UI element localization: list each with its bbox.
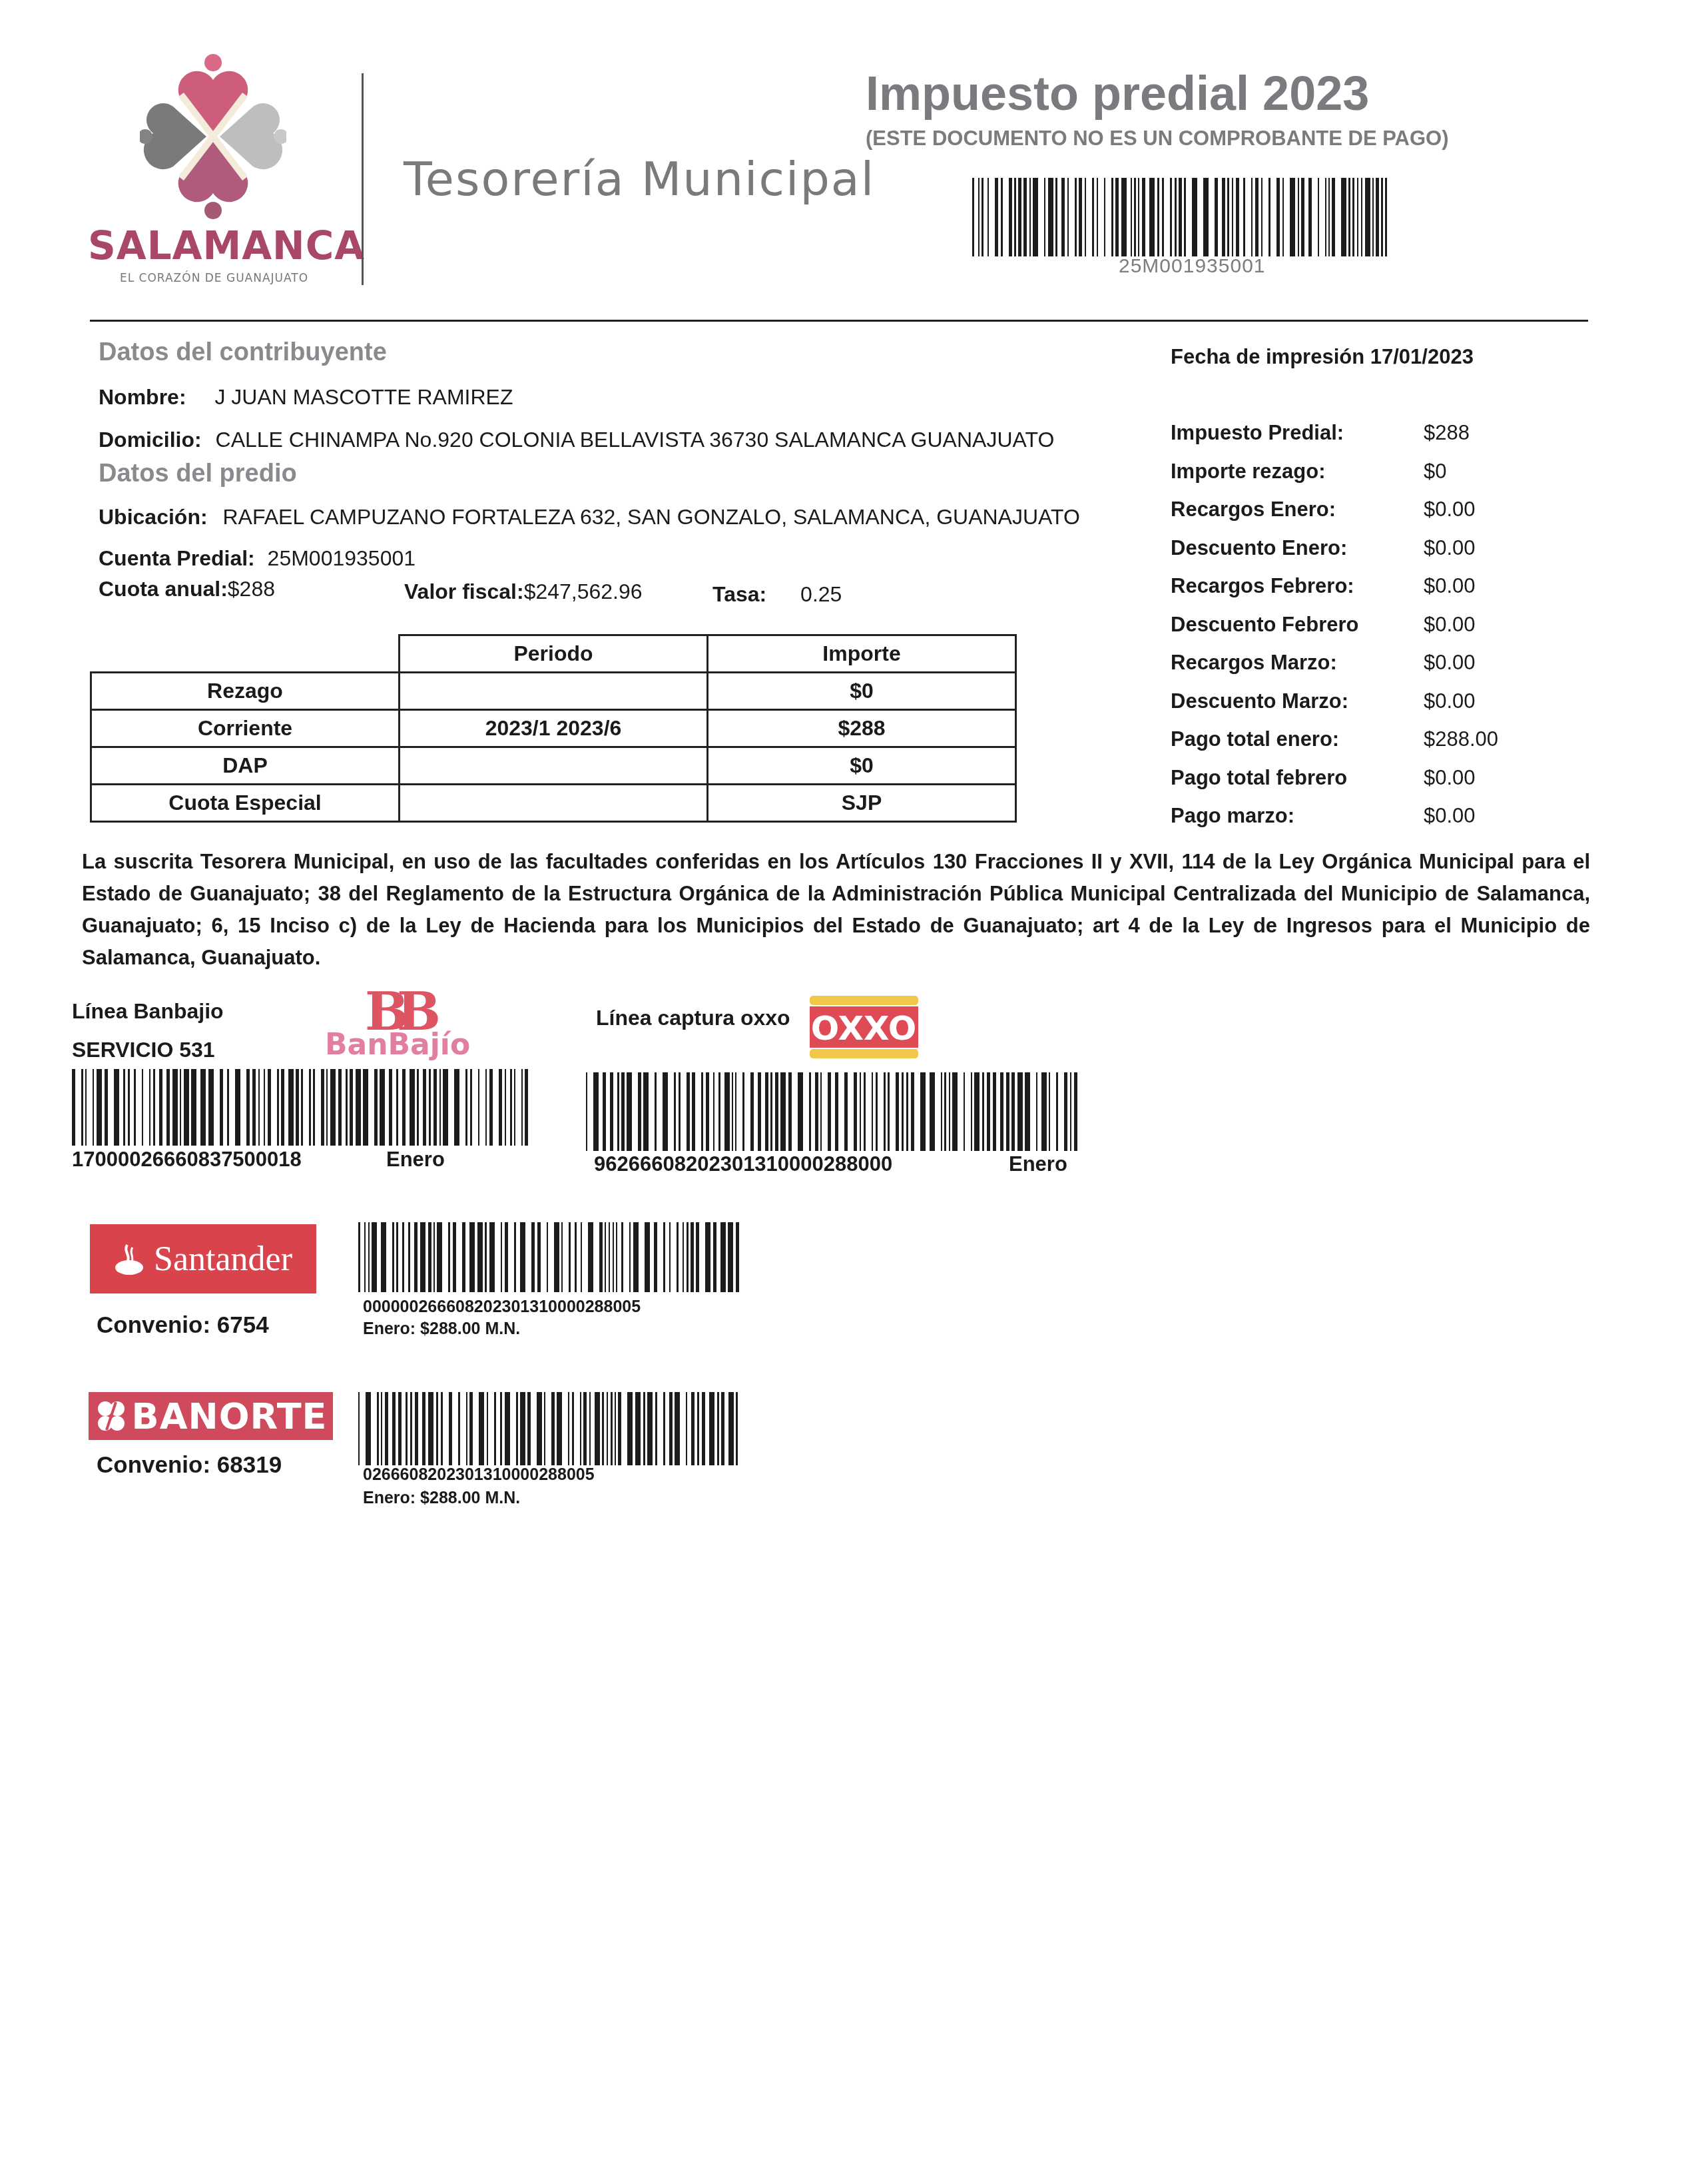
account-barcode-number: 25M001935001: [1119, 255, 1266, 278]
summary-label: Impuesto Predial:: [1171, 421, 1424, 460]
importe-cell: $0: [708, 673, 1016, 710]
importe-cell: $0: [708, 747, 1016, 785]
summary-value: $288: [1424, 421, 1470, 460]
payment-summary: Impuesto Predial:$288 Importe rezago:$0 …: [1171, 421, 1498, 843]
santander-logo-text: Santander: [154, 1240, 292, 1279]
summary-label: Descuento Marzo:: [1171, 689, 1424, 728]
salamanca-heart-logo-icon: [140, 53, 286, 220]
domicilio-value: CALLE CHINAMPA No.920 COLONIA BELLAVISTA…: [216, 428, 1055, 452]
table-header-cell: [91, 635, 400, 673]
ubicacion-label: Ubicación:: [99, 505, 208, 529]
ubicacion-value: RAFAEL CAMPUZANO FORTALEZA 632, SAN GONZ…: [222, 505, 1079, 529]
summary-label: Importe rezago:: [1171, 460, 1424, 498]
banorte-convenio: Convenio: 68319: [97, 1452, 282, 1479]
summary-row: Descuento Enero:$0.00: [1171, 536, 1498, 575]
print-date-label: Fecha de impresión: [1171, 345, 1364, 368]
banbajio-reference: 17000026660837500018: [72, 1148, 302, 1172]
banorte-logo-text: BANORTE: [132, 1395, 328, 1437]
valor-label: Valor fiscal:: [404, 579, 524, 603]
table-header-cell: Importe: [708, 635, 1016, 673]
oxxo-barcode: [586, 1072, 1079, 1151]
summary-row: Descuento Febrero$0.00: [1171, 613, 1498, 651]
concepto-cell: Rezago: [91, 673, 400, 710]
header-rule: [90, 320, 1588, 322]
legal-text: La suscrita Tesorera Municipal, en uso d…: [82, 846, 1590, 974]
tasa-value: 0.25: [800, 582, 842, 606]
santander-convenio: Convenio: 6754: [97, 1312, 269, 1339]
table-header-cell: Periodo: [400, 635, 708, 673]
domicilio-label: Domicilio:: [99, 428, 202, 452]
nombre-label: Nombre:: [99, 385, 186, 409]
santander-reference: 000000266608202301310000288005: [363, 1297, 641, 1317]
summary-value: $0.00: [1424, 498, 1476, 536]
nombre-row: Nombre: J JUAN MASCOTTE RAMIREZ: [99, 385, 513, 410]
concepto-cell: DAP: [91, 747, 400, 785]
summary-value: $0.00: [1424, 651, 1476, 689]
banbajio-servicio: SERVICIO 531: [72, 1038, 215, 1062]
summary-label: Recargos Febrero:: [1171, 574, 1424, 613]
summary-value: $0.00: [1424, 766, 1476, 805]
summary-value: $0: [1424, 460, 1446, 498]
summary-row: Pago total febrero$0.00: [1171, 766, 1498, 805]
banorte-amount: Enero: $288.00 M.N.: [363, 1489, 520, 1508]
oxxo-logo-text: OXXO: [811, 1009, 917, 1048]
summary-row: Impuesto Predial:$288: [1171, 421, 1498, 460]
summary-row: Recargos Febrero:$0.00: [1171, 574, 1498, 613]
banbajio-logo-text: BanBajío: [325, 1028, 470, 1062]
summary-row: Recargos Enero:$0.00: [1171, 498, 1498, 536]
section-predio-title: Datos del predio: [99, 460, 297, 488]
domicilio-row: Domicilio: CALLE CHINAMPA No.920 COLONIA…: [99, 428, 1054, 452]
table-header-row: Periodo Importe: [91, 635, 1016, 673]
periodo-cell: [400, 673, 708, 710]
oxxo-logo-icon: OXXO: [806, 996, 922, 1059]
summary-label: Pago marzo:: [1171, 804, 1424, 843]
department-name: Tesorería Municipal: [404, 152, 875, 206]
santander-amount: Enero: $288.00 M.N.: [363, 1319, 520, 1339]
conceptos-table: Periodo Importe Rezago $0 Corriente 2023…: [90, 634, 1017, 823]
banbajio-month: Enero: [386, 1148, 445, 1172]
cuota-row: Cuota anual:$288: [99, 577, 275, 601]
banbajio-barcode: [72, 1069, 531, 1146]
summary-value: $0.00: [1424, 689, 1476, 728]
cuota-label: Cuota anual:: [99, 577, 228, 601]
banorte-mark-icon: [95, 1399, 128, 1433]
summary-value: $0.00: [1424, 613, 1476, 651]
municipality-tagline: EL CORAZÓN DE GUANAJUATO: [120, 272, 308, 285]
summary-row: Descuento Marzo:$0.00: [1171, 689, 1498, 728]
oxxo-month: Enero: [1009, 1152, 1067, 1176]
summary-label: Descuento Enero:: [1171, 536, 1424, 575]
summary-row: Recargos Marzo:$0.00: [1171, 651, 1498, 689]
santander-barcode: [358, 1222, 741, 1292]
santander-logo: Santander: [90, 1224, 316, 1293]
table-row: Cuota Especial SJP: [91, 785, 1016, 822]
section-contribuyente-title: Datos del contribuyente: [99, 338, 387, 367]
summary-row: Importe rezago:$0: [1171, 460, 1498, 498]
table-row: Rezago $0: [91, 673, 1016, 710]
santander-flame-icon: [114, 1242, 144, 1275]
summary-value: $0.00: [1424, 536, 1476, 575]
periodo-cell: [400, 747, 708, 785]
header-divider: [362, 73, 364, 285]
banorte-reference: 0266608202301310000288005: [363, 1465, 595, 1485]
periodo-cell: [400, 785, 708, 822]
oxxo-reference: 96266608202301310000288000: [594, 1152, 892, 1176]
summary-label: Recargos Enero:: [1171, 498, 1424, 536]
summary-label: Recargos Marzo:: [1171, 651, 1424, 689]
summary-label: Descuento Febrero: [1171, 613, 1424, 651]
concepto-cell: Cuota Especial: [91, 785, 400, 822]
concepto-cell: Corriente: [91, 710, 400, 747]
nombre-value: J JUAN MASCOTTE RAMIREZ: [214, 385, 513, 409]
table-row: Corriente 2023/1 2023/6 $288: [91, 710, 1016, 747]
summary-label: Pago total enero:: [1171, 727, 1424, 766]
tasa-label: Tasa:: [712, 582, 766, 606]
document-subtitle: (ESTE DOCUMENTO NO ES UN COMPROBANTE DE …: [866, 127, 1449, 151]
cuenta-label: Cuenta Predial:: [99, 546, 255, 570]
municipality-name: SALAMANCA: [88, 223, 365, 268]
cuenta-value: 25M001935001: [268, 546, 416, 570]
summary-value: $288.00: [1424, 727, 1498, 766]
print-date: Fecha de impresión 17/01/2023: [1171, 345, 1474, 369]
account-barcode: [972, 178, 1392, 256]
summary-value: $0.00: [1424, 574, 1476, 613]
valor-value: $247,562.96: [524, 579, 643, 603]
summary-row: Pago marzo:$0.00: [1171, 804, 1498, 843]
tasa-row: Tasa: 0.25: [712, 582, 842, 607]
summary-row: Pago total enero:$288.00: [1171, 727, 1498, 766]
banorte-barcode: [358, 1392, 741, 1465]
importe-cell: $288: [708, 710, 1016, 747]
summary-value: $0.00: [1424, 804, 1476, 843]
print-date-value: 17/01/2023: [1370, 345, 1474, 368]
summary-label: Pago total febrero: [1171, 766, 1424, 805]
banorte-logo: BANORTE: [89, 1392, 333, 1440]
cuota-value: $288: [228, 577, 275, 601]
importe-cell: SJP: [708, 785, 1016, 822]
document-title: Impuesto predial 2023: [866, 67, 1369, 121]
periodo-cell: 2023/1 2023/6: [400, 710, 708, 747]
cuenta-row: Cuenta Predial: 25M001935001: [99, 546, 416, 571]
ubicacion-row: Ubicación: RAFAEL CAMPUZANO FORTALEZA 63…: [99, 505, 1080, 530]
banbajio-label: Línea Banbajio: [72, 999, 224, 1024]
table-row: DAP $0: [91, 747, 1016, 785]
oxxo-label: Línea captura oxxo: [596, 1006, 790, 1030]
valor-row: Valor fiscal:$247,562.96: [404, 579, 643, 604]
